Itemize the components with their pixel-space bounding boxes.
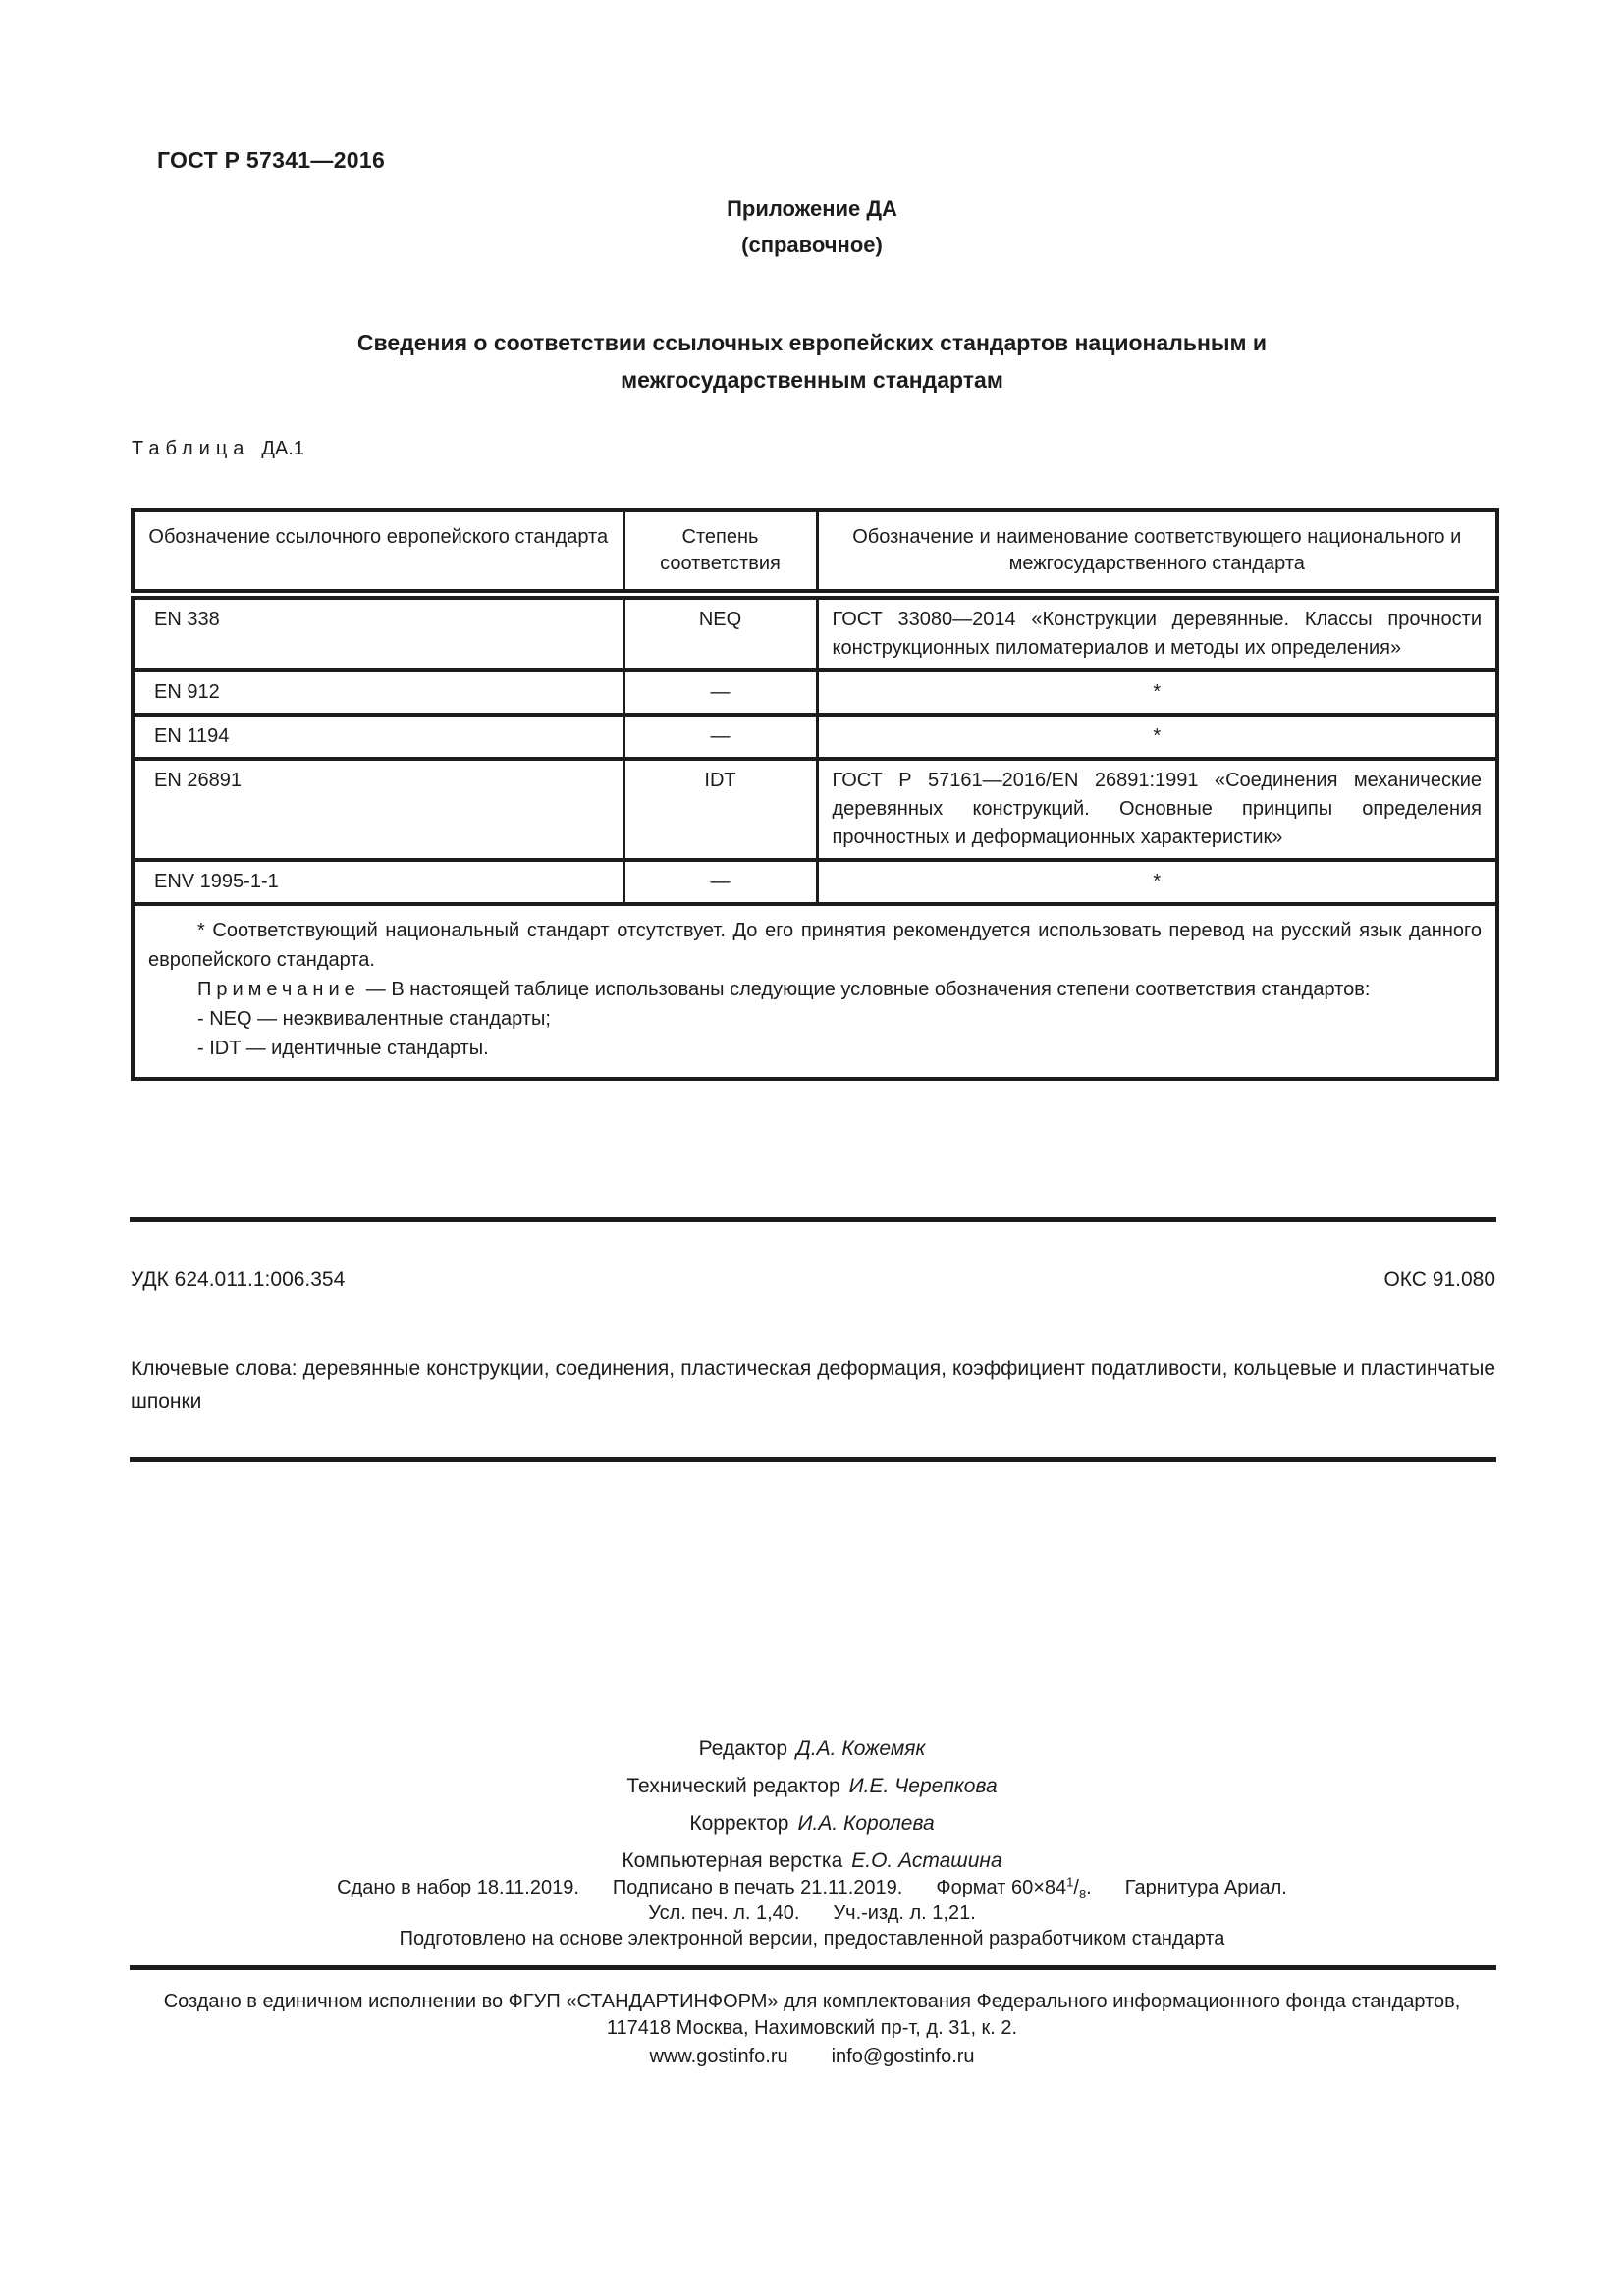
table-header-row: Обозначение ссылочного европейского стан… xyxy=(133,510,1497,595)
oks-code: ОКС 91.080 xyxy=(1383,1268,1495,1292)
footnote-note-label: Примечание xyxy=(197,979,360,1000)
horizontal-rule-top xyxy=(130,1217,1496,1222)
cell-ref: EN 338 xyxy=(133,595,623,671)
table-row: ENV 1995-1-1 — * xyxy=(133,860,1497,904)
annex-heading: Приложение ДА (справочное) xyxy=(130,190,1494,263)
footnote-item-neq: - NEQ — неэквивалентные стандарты; xyxy=(197,1004,1482,1034)
cell-match: ГОСТ Р 57161—2016/EN 26891:1991 «Соедине… xyxy=(817,759,1497,860)
credit-role: Редактор xyxy=(699,1737,787,1760)
cell-degree: — xyxy=(623,860,817,904)
cell-match: * xyxy=(817,860,1497,904)
credit-name: Д.А. Кожемяк xyxy=(796,1737,925,1760)
credit-line: Технический редакторИ.Е. Черепкова xyxy=(130,1768,1494,1805)
classification-codes: УДК 624.011.1:006.354 ОКС 91.080 xyxy=(131,1268,1495,1292)
table-body: EN 338 NEQ ГОСТ 33080—2014 «Конструкции … xyxy=(133,595,1497,1080)
table-row: EN 1194 — * xyxy=(133,715,1497,759)
table-label-number: ДА.1 xyxy=(261,438,304,459)
correspondence-table: Обозначение ссылочного европейского стан… xyxy=(131,508,1499,1081)
cell-degree: IDT xyxy=(623,759,817,860)
keywords-paragraph: Ключевые слова: деревянные конструкции, … xyxy=(131,1353,1495,1417)
footnote-item-idt: - IDT — идентичные стандарты. xyxy=(197,1034,1482,1063)
annex-title: Приложение ДА xyxy=(130,190,1494,227)
horizontal-rule-middle xyxy=(130,1457,1496,1462)
publisher-website: www.gostinfo.ru xyxy=(649,2044,787,2070)
imprint-typeface: Гарнитура Ариал. xyxy=(1125,1875,1287,1900)
credit-role: Корректор xyxy=(689,1812,788,1835)
footnote-asterisk-text: * Соответствующий национальный стандарт … xyxy=(148,916,1482,975)
credit-name: Е.О. Асташина xyxy=(851,1849,1001,1872)
credit-role: Технический редактор xyxy=(626,1775,839,1797)
imprint-format: Формат 60×841/8. xyxy=(936,1875,1091,1900)
document-page: ГОСТ Р 57341—2016 Приложение ДА (справоч… xyxy=(0,0,1624,2296)
cell-degree: — xyxy=(623,715,817,759)
cell-match: * xyxy=(817,715,1497,759)
imprint-print-date: Подписано в печать 21.11.2019. xyxy=(613,1875,902,1900)
credit-line: РедакторД.А. Кожемяк xyxy=(130,1731,1494,1768)
section-title: Сведения о соответствии ссылочных европе… xyxy=(282,324,1342,399)
publisher-contacts: www.gostinfo.ru info@gostinfo.ru xyxy=(130,2044,1494,2070)
table-row: EN 26891 IDT ГОСТ Р 57161—2016/EN 26891:… xyxy=(133,759,1497,860)
cell-match: ГОСТ 33080—2014 «Конструкции деревянные.… xyxy=(817,595,1497,671)
credits-block: РедакторД.А. Кожемяк Технический редакто… xyxy=(130,1731,1494,1880)
footnote-note: Примечание— В настоящей таблице использо… xyxy=(148,975,1482,1004)
credit-name: И.Е. Черепкова xyxy=(849,1775,998,1797)
imprint-prepared: Подготовлено на основе электронной верси… xyxy=(400,1926,1225,1951)
cell-ref: ENV 1995-1-1 xyxy=(133,860,623,904)
cell-degree: — xyxy=(623,670,817,715)
cell-match: * xyxy=(817,670,1497,715)
footnote-note-text: — В настоящей таблице использованы следу… xyxy=(366,979,1371,1000)
credit-name: И.А. Королева xyxy=(797,1812,934,1835)
header-cell-degree: Степень соответствия xyxy=(623,510,817,595)
imprint-line-3: Подготовлено на основе электронной верси… xyxy=(130,1926,1494,1951)
publisher-address: Создано в единичном исполнении во ФГУП «… xyxy=(130,1989,1494,2042)
table-head: Обозначение ссылочного европейского стан… xyxy=(133,510,1497,595)
imprint-sheets-pub: Уч.-изд. л. 1,21. xyxy=(833,1900,975,1926)
credit-line: КорректорИ.А. Королева xyxy=(130,1805,1494,1842)
header-cell-european-standard: Обозначение ссылочного европейского стан… xyxy=(133,510,623,595)
imprint-sheets-print: Усл. печ. л. 1,40. xyxy=(648,1900,799,1926)
imprint-block: Сдано в набор 18.11.2019. Подписано в пе… xyxy=(130,1875,1494,1951)
udk-code: УДК 624.011.1:006.354 xyxy=(131,1268,345,1292)
cell-ref: EN 912 xyxy=(133,670,623,715)
cell-ref: EN 1194 xyxy=(133,715,623,759)
cell-degree: NEQ xyxy=(623,595,817,671)
credit-role: Компьютерная верстка xyxy=(622,1849,842,1872)
publisher-email: info@gostinfo.ru xyxy=(832,2044,975,2070)
cell-ref: EN 26891 xyxy=(133,759,623,860)
imprint-line-1: Сдано в набор 18.11.2019. Подписано в пе… xyxy=(130,1875,1494,1900)
publisher-block: Создано в единичном исполнении во ФГУП «… xyxy=(130,1989,1494,2070)
table-footnote: * Соответствующий национальный стандарт … xyxy=(133,904,1497,1079)
imprint-format-prefix: Формат 60×84 xyxy=(936,1877,1066,1898)
table-footnote-row: * Соответствующий национальный стандарт … xyxy=(133,904,1497,1079)
annex-subtitle: (справочное) xyxy=(130,227,1494,263)
horizontal-rule-bottom xyxy=(130,1965,1496,1970)
table-label: ТаблицаДА.1 xyxy=(132,438,304,460)
table-row: EN 912 — * xyxy=(133,670,1497,715)
header-cell-national-standard: Обозначение и наименование соответствующ… xyxy=(817,510,1497,595)
doc-code: ГОСТ Р 57341—2016 xyxy=(157,147,385,174)
table-row: EN 338 NEQ ГОСТ 33080—2014 «Конструкции … xyxy=(133,595,1497,671)
imprint-format-dot: . xyxy=(1086,1877,1092,1898)
imprint-set-date: Сдано в набор 18.11.2019. xyxy=(337,1875,579,1900)
imprint-line-2: Усл. печ. л. 1,40. Уч.-изд. л. 1,21. xyxy=(130,1900,1494,1926)
table-label-word: Таблица xyxy=(132,438,249,459)
